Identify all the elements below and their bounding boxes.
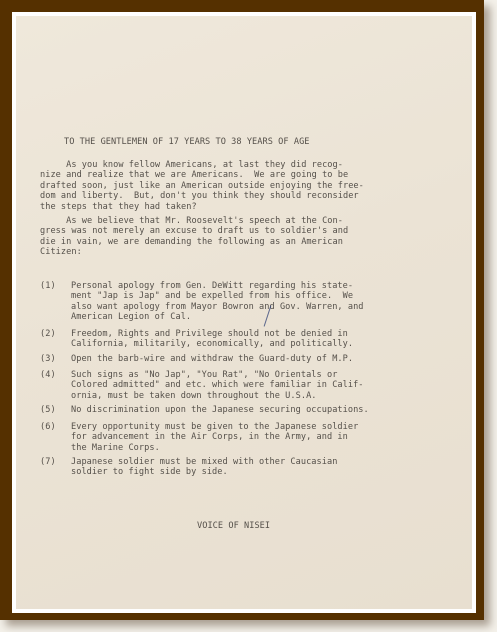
demand-line: American Legion of Cal. <box>71 312 364 322</box>
demand-line: Japanese soldier must be mixed with othe… <box>71 457 337 467</box>
demand-number: (4) <box>40 370 71 401</box>
demand-line: California, militarily, economically, an… <box>71 339 353 349</box>
demand-line: soldier to fight side by side. <box>71 467 337 477</box>
demand-item-3: (3) Open the barb-wire and withdraw the … <box>40 354 353 364</box>
document-title: TO THE GENTLEMEN OF 17 YEARS TO 38 YEARS… <box>64 137 310 147</box>
demand-line: ment "Jap is Jap" and be expelled from h… <box>71 291 364 301</box>
paragraph-line: nize and realize that we are Americans. … <box>40 170 364 180</box>
demand-item-7: (7) Japanese soldier must be mixed with … <box>40 457 337 478</box>
demand-line: the Marine Corps. <box>71 443 358 453</box>
demand-number: (7) <box>40 457 71 478</box>
demand-line: Open the barb-wire and withdraw the Guar… <box>71 354 353 364</box>
paragraph-line: the steps that they had taken? <box>40 202 364 212</box>
demand-line: ornia, must be taken down throughout the… <box>71 391 364 401</box>
document-paper: TO THE GENTLEMEN OF 17 YEARS TO 38 YEARS… <box>16 16 472 609</box>
demand-line: also want apology from Mayor Bowron and … <box>71 302 364 312</box>
demand-line: No discrimination upon the Japanese secu… <box>71 405 369 415</box>
demand-line: Personal apology from Gen. DeWitt regard… <box>71 281 364 291</box>
picture-frame: TO THE GENTLEMEN OF 17 YEARS TO 38 YEARS… <box>0 0 484 620</box>
paragraph-line: As you know fellow Americans, at last th… <box>40 160 364 170</box>
paragraph-line: dom and liberty. But, don't you think th… <box>40 191 364 201</box>
paragraph-line: As we believe that Mr. Roosevelt's speec… <box>40 216 348 226</box>
demand-number: (3) <box>40 354 71 364</box>
demand-item-4: (4) Such signs as "No Jap", "You Rat", "… <box>40 370 364 401</box>
paragraph-demands-intro: As we believe that Mr. Roosevelt's speec… <box>40 216 348 258</box>
demand-line: Such signs as "No Jap", "You Rat", "No O… <box>71 370 364 380</box>
demand-line: Freedom, Rights and Privilege should not… <box>71 329 353 339</box>
paragraph-line: gress was not merely an excuse to draft … <box>40 226 348 236</box>
demand-number: (6) <box>40 422 71 453</box>
demand-number: (1) <box>40 281 71 323</box>
paragraph-line: Citizen: <box>40 247 348 257</box>
paragraph-line: drafted soon, just like an American outs… <box>40 181 364 191</box>
demand-line: for advancement in the Air Corps, in the… <box>71 432 358 442</box>
demand-item-6: (6) Every opportunity must be given to t… <box>40 422 358 453</box>
demand-item-1: (1) Personal apology from Gen. DeWitt re… <box>40 281 364 323</box>
paragraph-intro: As you know fellow Americans, at last th… <box>40 160 364 212</box>
demand-number: (5) <box>40 405 71 415</box>
demand-item-5: (5) No discrimination upon the Japanese … <box>40 405 369 415</box>
demand-line: Colored admitted" and etc. which were fa… <box>71 380 364 390</box>
demand-item-2: (2) Freedom, Rights and Privilege should… <box>40 329 353 350</box>
signature: VOICE OF NISEI <box>197 521 270 531</box>
demand-number: (2) <box>40 329 71 350</box>
demand-line: Every opportunity must be given to the J… <box>71 422 358 432</box>
paragraph-line: die in vain, we are demanding the follow… <box>40 237 348 247</box>
